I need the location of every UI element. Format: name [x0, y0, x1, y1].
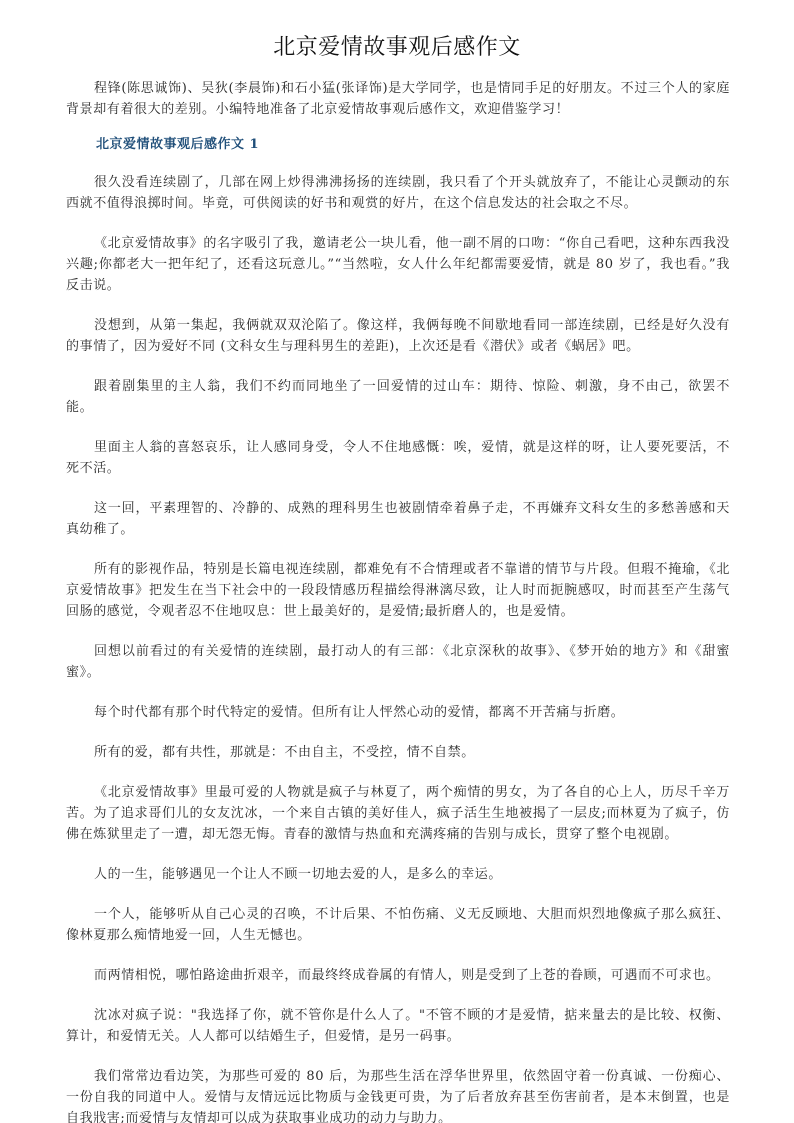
paragraph-8: 回想以前看过的有关爱情的连续剧，最打动人的有三部：《北京深秋的故事》、《梦开始的…	[66, 641, 730, 683]
paragraph-12: 人的一生，能够遇见一个让人不顾一切地去爱的人，是多么的幸运。	[66, 864, 730, 885]
paragraph-6: 这一回，平素理智的、冷静的、成熟的理科男生也被剧情牵着鼻子走，不再嫌弃文科女生的…	[66, 498, 730, 540]
paragraph-4: 跟着剧集里的主人翁，我们不约而同地坐了一回爱情的过山车：期待、惊险、刺激，身不由…	[66, 376, 730, 418]
paragraph-14: 而两情相悦，哪怕路途曲折艰辛，而最终终成眷属的有情人，则是受到了上苍的眷顾，可遇…	[66, 965, 730, 986]
document-page: 北京爱情故事观后感作文 程锋(陈思诚饰)、吴狄(李晨饰)和石小猛(张译饰)是大学…	[0, 0, 794, 1123]
paragraph-15: 沈冰对疯子说："我选择了你，就不管你是什么人了。"不管不顾的才是爱情，掂来量去的…	[66, 1005, 730, 1047]
paragraph-10: 所有的爱，都有共性，那就是：不由自主，不受控，情不自禁。	[66, 742, 730, 763]
document-title: 北京爱情故事观后感作文	[0, 30, 794, 61]
section-heading: 北京爱情故事观后感作文 1	[96, 133, 259, 152]
paragraph-7: 所有的影视作品，特别是长篇电视连续剧，都难免有不合情理或者不靠谱的情节与片段。但…	[66, 559, 730, 622]
paragraph-5: 里面主人翁的喜怒哀乐，让人感同身受，令人不住地感慨：唉，爱情，就是这样的呀，让人…	[66, 437, 730, 479]
paragraph-16: 我们常常边看边笑，为那些可爱的 80 后，为那些生活在浮华世界里，依然固守着一份…	[66, 1066, 730, 1123]
paragraph-11: 《北京爱情故事》里最可爱的人物就是疯子与林夏了，两个痴情的男女，为了各自的心上人…	[66, 782, 730, 845]
paragraph-1: 很久没看连续剧了，几部在网上炒得沸沸扬扬的连续剧，我只看了个开头就放弃了，不能让…	[66, 172, 730, 214]
paragraph-9: 每个时代都有那个时代特定的爱情。但所有让人怦然心动的爱情，都离不开苦痛与折磨。	[66, 702, 730, 723]
intro-paragraph: 程锋(陈思诚饰)、吴狄(李晨饰)和石小猛(张译饰)是大学同学，也是情同手足的好朋…	[66, 78, 730, 120]
paragraph-13: 一个人，能够听从自己心灵的召唤，不计后果、不怕伤痛、义无反顾地、大胆而炽烈地像疯…	[66, 904, 730, 946]
paragraph-2: 《北京爱情故事》的名字吸引了我，邀请老公一块儿看，他一副不屑的口吻：“你自己看吧…	[66, 233, 730, 296]
paragraph-3: 没想到，从第一集起，我俩就双双沦陷了。像这样，我俩每晚不间歇地看同一部连续剧，已…	[66, 315, 730, 357]
